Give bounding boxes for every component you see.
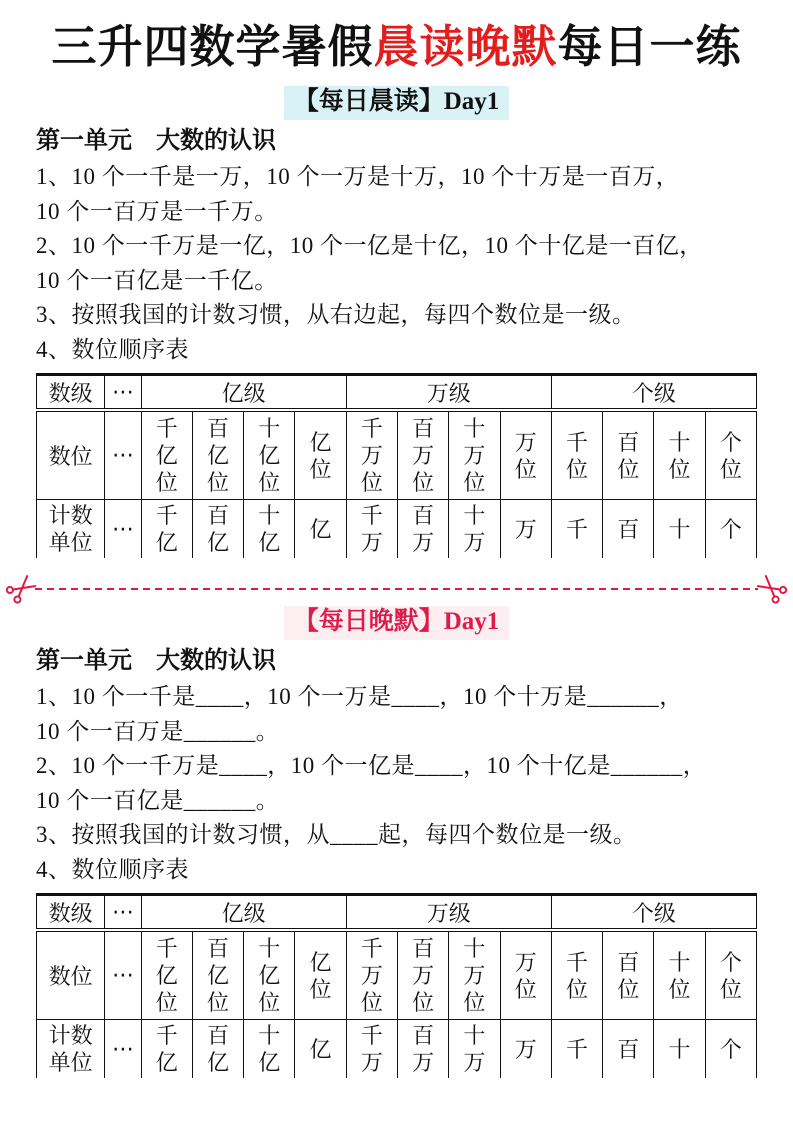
- table-row-positions: 数位 ⋯ 千 亿 位 百 亿 位 十 亿 位 亿 位 千 万 位 百 万 位 十…: [37, 410, 757, 500]
- ellipsis-cell: ⋯: [105, 410, 141, 500]
- ellipsis-cell: ⋯: [105, 930, 141, 1020]
- position-cell: 千 亿 位: [141, 930, 192, 1020]
- unit-cell: 百 亿: [192, 1020, 243, 1079]
- morning-day-header-label: 【每日晨读】Day1: [284, 86, 510, 120]
- position-cell: 十 亿 位: [244, 930, 295, 1020]
- table-row-positions: 数位 ⋯ 千 亿 位 百 亿 位 十 亿 位 亿 位 千 万 位 百 万 位 十…: [37, 930, 757, 1020]
- position-cell: 千 万 位: [346, 930, 397, 1020]
- position-cell: 十 亿 位: [244, 410, 295, 500]
- level-cell: 万级: [346, 895, 551, 931]
- unit-cell: 十 万: [449, 1020, 500, 1079]
- paragraph-line: 10 个一百亿是一千亿。: [36, 264, 757, 299]
- unit-cell: 千 亿: [141, 1020, 192, 1079]
- unit-cell: 百: [603, 1020, 654, 1079]
- morning-unit-heading: 第一单元 大数的认识: [36, 126, 757, 156]
- morning-day-header: 【每日晨读】Day1: [36, 86, 757, 120]
- unit-cell: 十: [654, 1020, 705, 1079]
- morning-section: 第一单元 大数的认识 1、10 个一千是一万，10 个一万是十万，10 个十万是…: [36, 126, 757, 558]
- paragraph-line: 1、10 个一千是一万，10 个一万是十万，10 个十万是一百万，: [36, 160, 757, 195]
- position-cell: 亿 位: [295, 930, 346, 1020]
- position-cell: 十 位: [654, 930, 705, 1020]
- unit-cell: 亿: [295, 1020, 346, 1079]
- unit-cell: 千 万: [346, 500, 397, 559]
- paragraph-line: 2、10 个一千万是一亿，10 个一亿是十亿，10 个十亿是一百亿，: [36, 229, 757, 264]
- position-cell: 百 万 位: [397, 930, 448, 1020]
- paragraph-line: 10 个一百万是一千万。: [36, 195, 757, 230]
- row-label-cell: 计数 单位: [37, 1020, 105, 1079]
- paragraph-line: 4、数位顺序表: [36, 853, 757, 888]
- paragraph-line: 10 个一百亿是______。: [36, 784, 757, 819]
- position-cell: 百 位: [603, 410, 654, 500]
- table-row-units: 计数 单位 ⋯ 千 亿 百 亿 十 亿 亿 千 万 百 万 十 万 万 千 百 …: [37, 500, 757, 559]
- position-cell: 百 亿 位: [192, 410, 243, 500]
- level-cell: 万级: [346, 375, 551, 411]
- table-row-levels: 数级 ⋯ 亿级 万级 个级: [37, 895, 757, 931]
- position-cell: 万 位: [500, 930, 551, 1020]
- title-suffix: 每日一练: [558, 22, 742, 72]
- level-cell: 亿级: [141, 375, 346, 411]
- unit-cell: 万: [500, 1020, 551, 1079]
- position-cell: 十 位: [654, 410, 705, 500]
- position-cell: 千 亿 位: [141, 410, 192, 500]
- row-label-cell: 数位: [37, 930, 105, 1020]
- paragraph-line: 3、按照我国的计数习惯，从____起，每四个数位是一级。: [36, 818, 757, 853]
- position-cell: 十 万 位: [449, 410, 500, 500]
- ellipsis-cell: ⋯: [105, 500, 141, 559]
- unit-cell: 十 亿: [244, 1020, 295, 1079]
- row-label-cell: 计数 单位: [37, 500, 105, 559]
- unit-cell: 千: [551, 500, 602, 559]
- page-title: 三升四数学暑假晨读晚默每日一练: [36, 18, 757, 76]
- unit-cell: 千 亿: [141, 500, 192, 559]
- unit-cell: 百 亿: [192, 500, 243, 559]
- evening-digit-order-table: 数级 ⋯ 亿级 万级 个级 数位 ⋯ 千 亿 位 百 亿 位 十 亿 位 亿 位…: [36, 893, 757, 1078]
- evening-section: 第一单元 大数的认识 1、10 个一千是____，10 个一万是____，10 …: [36, 646, 757, 1078]
- unit-cell: 千: [551, 1020, 602, 1079]
- row-label-cell: 数位: [37, 410, 105, 500]
- level-cell: 个级: [551, 895, 756, 931]
- paragraph-line: 3、按照我国的计数习惯，从右边起，每四个数位是一级。: [36, 298, 757, 333]
- title-highlight: 晨读晚默: [373, 22, 557, 72]
- position-cell: 个 位: [705, 930, 756, 1020]
- unit-cell: 十 万: [449, 500, 500, 559]
- table-row-units: 计数 单位 ⋯ 千 亿 百 亿 十 亿 亿 千 万 百 万 十 万 万 千 百 …: [37, 1020, 757, 1079]
- cut-line: [7, 574, 786, 604]
- evening-day-header: 【每日晚默】Day1: [36, 606, 757, 640]
- unit-cell: 百 万: [397, 500, 448, 559]
- ellipsis-cell: ⋯: [105, 1020, 141, 1079]
- position-cell: 千 万 位: [346, 410, 397, 500]
- unit-cell: 千 万: [346, 1020, 397, 1079]
- paragraph-line: 10 个一百万是______。: [36, 715, 757, 750]
- position-cell: 百 亿 位: [192, 930, 243, 1020]
- scissors-icon: [752, 569, 791, 608]
- row-label-cell: 数级: [37, 375, 105, 411]
- level-cell: 亿级: [141, 895, 346, 931]
- table-row-levels: 数级 ⋯ 亿级 万级 个级: [37, 375, 757, 411]
- worksheet-page: 三升四数学暑假晨读晚默每日一练 【每日晨读】Day1 第一单元 大数的认识 1、…: [0, 0, 793, 1078]
- dashed-cut-rule: [35, 588, 758, 590]
- title-prefix: 三升四数学暑假: [51, 22, 373, 72]
- position-cell: 十 万 位: [449, 930, 500, 1020]
- unit-cell: 百: [603, 500, 654, 559]
- unit-cell: 个: [705, 1020, 756, 1079]
- position-cell: 亿 位: [295, 410, 346, 500]
- paragraph-line: 1、10 个一千是____，10 个一万是____，10 个十万是______，: [36, 680, 757, 715]
- paragraph-line: 2、10 个一千万是____，10 个一亿是____，10 个十亿是______…: [36, 749, 757, 784]
- evening-day-header-label: 【每日晚默】Day1: [284, 606, 510, 640]
- position-cell: 个 位: [705, 410, 756, 500]
- evening-unit-heading: 第一单元 大数的认识: [36, 646, 757, 676]
- unit-cell: 百 万: [397, 1020, 448, 1079]
- ellipsis-cell: ⋯: [105, 375, 141, 411]
- morning-digit-order-table: 数级 ⋯ 亿级 万级 个级 数位 ⋯ 千 亿 位 百 亿 位 十 亿 位 亿 位…: [36, 373, 757, 558]
- ellipsis-cell: ⋯: [105, 895, 141, 931]
- unit-cell: 十: [654, 500, 705, 559]
- position-cell: 万 位: [500, 410, 551, 500]
- row-label-cell: 数级: [37, 895, 105, 931]
- unit-cell: 十 亿: [244, 500, 295, 559]
- paragraph-line: 4、数位顺序表: [36, 333, 757, 368]
- unit-cell: 万: [500, 500, 551, 559]
- position-cell: 千 位: [551, 410, 602, 500]
- unit-cell: 亿: [295, 500, 346, 559]
- scissors-icon: [1, 569, 40, 608]
- level-cell: 个级: [551, 375, 756, 411]
- position-cell: 百 万 位: [397, 410, 448, 500]
- position-cell: 百 位: [603, 930, 654, 1020]
- position-cell: 千 位: [551, 930, 602, 1020]
- unit-cell: 个: [705, 500, 756, 559]
